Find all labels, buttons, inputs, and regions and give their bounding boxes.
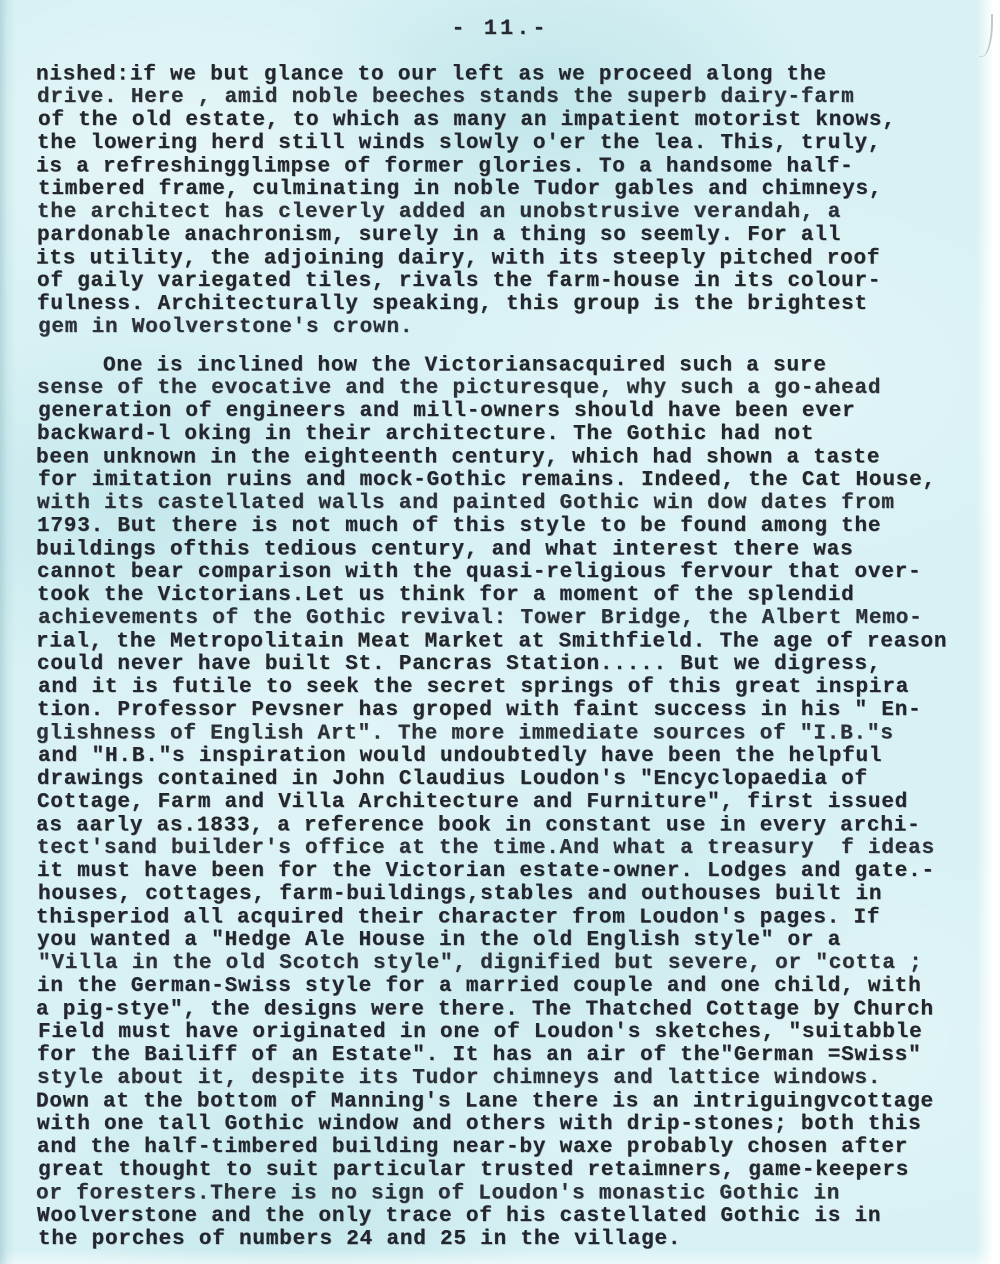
text-line: could never have built St. Pancras Stati…: [37, 653, 987, 676]
text-line: for the Bailiff of an Estate". It has an…: [37, 1044, 987, 1067]
text-line: Field must have originated in one of Lou…: [38, 1021, 988, 1044]
text-line: "Villa in the old Scotch style", dignifi…: [38, 952, 988, 975]
text-line: glishness of English Art". The more imme…: [36, 723, 986, 746]
text-line: with one tall Gothic window and others w…: [37, 1113, 987, 1136]
text-line: houses, cottages, farm-buildings,stables…: [38, 883, 988, 906]
text-line: its utility, the adjoining dairy, with i…: [36, 248, 986, 271]
text-line: in the German-Swiss style for a married …: [37, 975, 987, 998]
paragraph-victorian-gothic: One is inclined how the Victoriansacquir…: [37, 354, 987, 1251]
text-line: sense of the evocative and the picturesq…: [37, 377, 987, 400]
text-line: tion. Professor Pevsner has groped with …: [37, 699, 987, 722]
text-line: the architect has cleverly added an unob…: [37, 201, 987, 224]
text-line: thisperiod all acquired their character …: [36, 907, 986, 930]
text-line: backward-l oking in their architecture. …: [37, 423, 987, 446]
text-line: achievements of the Gothic revival: Towe…: [38, 607, 988, 630]
text-line: style about it, despite its Tudor chimne…: [37, 1067, 987, 1090]
text-line: tect'sand builder's office at the time.A…: [37, 837, 987, 860]
text-line: the porches of numbers 24 and 25 in the …: [38, 1228, 988, 1251]
text-line: fulness. Architecturally speaking, this …: [37, 293, 987, 316]
text-line: of the old estate, to which as many an i…: [38, 109, 988, 132]
text-line: is a refreshingglimpse of former glories…: [36, 156, 986, 179]
text-line: drive. Here , amid noble beeches stands …: [37, 86, 987, 109]
text-line: been unknown in the eighteenth century, …: [36, 447, 986, 470]
text-line: Cottage, Farm and Villa Architecture and…: [37, 791, 987, 814]
text-line: took the Victorians.Let us think for a m…: [37, 584, 987, 607]
text-line: it must have been for the Victorian esta…: [37, 860, 987, 883]
text-line: 1793. But there is not much of this styl…: [37, 515, 987, 538]
text-line: cannot bear comparison with the quasi-re…: [37, 561, 987, 584]
text-line: buildings ofthis tedious century, and wh…: [36, 539, 986, 562]
text-line: One is inclined how the Victoriansacquir…: [36, 355, 986, 378]
text-line: or foresters.There is no sign of Loudon'…: [36, 1183, 986, 1206]
text-line: rial, the Metropolitain Meat Market at S…: [36, 631, 986, 654]
text-line: timbered frame, culminating in noble Tud…: [38, 178, 988, 201]
text-line: and it is futile to seek the secret spri…: [38, 676, 988, 699]
text-line: Down at the bottom of Manning's Lane the…: [36, 1091, 986, 1114]
text-line: and "H.B."s inspiration would undoubtedl…: [38, 745, 988, 768]
text-line: gem in Woolverstone's crown.: [38, 316, 988, 339]
text-line: for imitation ruins and mock-Gothic rema…: [38, 469, 988, 492]
text-line: drawings contained in John Claudius Loud…: [37, 768, 987, 791]
text-line: you wanted a "Hedge Ale House in the old…: [37, 929, 987, 952]
text-line: as aarly as.1833, a reference book in co…: [36, 815, 986, 838]
text-line: and the half-timbered building near-by w…: [37, 1136, 987, 1159]
paragraph-dairy-farm: nished:if we but glance to our left as w…: [37, 63, 987, 339]
text-line: with its castellated walls and painted G…: [37, 492, 987, 515]
scanned-document-page: - 11.- nished:if we but glance to our le…: [0, 0, 1000, 1264]
text-line: generation of engineers and mill-owners …: [38, 400, 988, 423]
text-line: a pig-stye", the designs were there. The…: [36, 999, 986, 1022]
text-line: of gaily variegated tiles, rivals the fa…: [37, 270, 987, 293]
text-line: great thought to suit particular trusted…: [38, 1159, 988, 1182]
text-line: the lowering herd still winds slowly o'e…: [37, 132, 987, 155]
text-line: pardonable anachronism, surely in a thin…: [37, 224, 987, 247]
text-line: Woolverstone and the only trace of his c…: [37, 1205, 987, 1228]
document-text: nished:if we but glance to our left as w…: [37, 63, 987, 1251]
text-line: nished:if we but glance to our left as w…: [36, 64, 986, 87]
page-number: - 11.-: [0, 16, 1000, 41]
